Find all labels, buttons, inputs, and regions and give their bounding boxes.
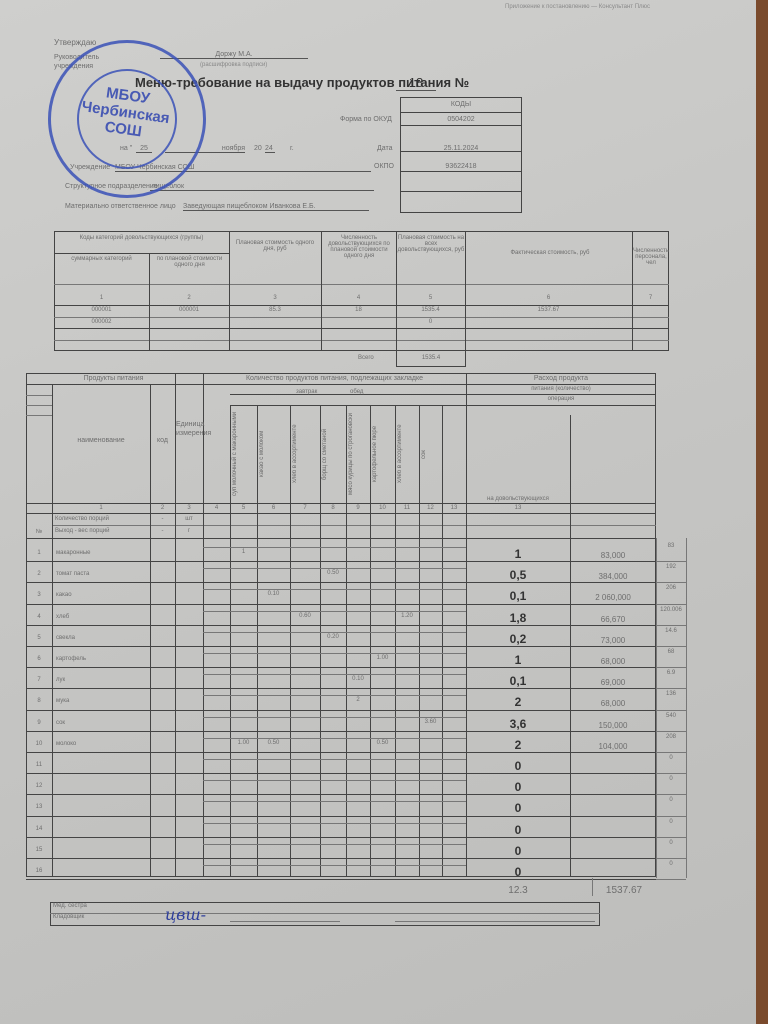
col-number: 12 bbox=[419, 505, 442, 511]
expense-header-2: питания (количество) bbox=[466, 386, 656, 392]
product-name: сок bbox=[56, 720, 65, 726]
total-qty: 0,5 bbox=[466, 568, 570, 582]
total-qty: 0 bbox=[466, 823, 570, 837]
document-number: 18 bbox=[396, 75, 436, 91]
cat-cell: 0 bbox=[396, 319, 465, 325]
cat-col-number: 5 bbox=[396, 295, 465, 301]
yield-label: Выход - вес порций bbox=[55, 528, 109, 534]
product-name: хлеб bbox=[56, 614, 69, 620]
unit-value: пищеблок bbox=[150, 183, 374, 191]
col-number: 10 bbox=[370, 505, 395, 511]
cat-cell: 18 bbox=[321, 307, 396, 313]
no-label: № bbox=[26, 529, 52, 535]
unit-price: 68,000 bbox=[570, 699, 656, 708]
col-number: 13 bbox=[442, 505, 466, 511]
total-qty: 3,6 bbox=[466, 717, 570, 731]
row-sum: 68 bbox=[656, 649, 686, 655]
grand-total-qty: 12.3 bbox=[466, 885, 570, 896]
unit-price: 73,000 bbox=[570, 636, 656, 645]
row-number: 10 bbox=[26, 741, 52, 747]
product-name: какао bbox=[56, 592, 72, 598]
date-year-prefix: 20 bbox=[254, 145, 262, 152]
portions-unit: шт bbox=[175, 516, 203, 522]
codes-label-date: Дата bbox=[377, 145, 393, 152]
total-qty: 0 bbox=[466, 780, 570, 794]
row-number: 3 bbox=[26, 592, 52, 598]
cat-col-2: по плановой стоимости одного дня bbox=[150, 256, 229, 268]
cat-col-number: 4 bbox=[321, 295, 396, 301]
cat-col-7: Численность персонала, чел bbox=[633, 248, 669, 266]
row-number: 2 bbox=[26, 571, 52, 577]
row-sum: 0 bbox=[656, 776, 686, 782]
dish-header bbox=[444, 409, 464, 499]
row-sum: 540 bbox=[656, 713, 686, 719]
head-name: Доржу М.А. bbox=[160, 51, 308, 59]
row-sum: 208 bbox=[656, 734, 686, 740]
cat-cell: 1535.4 bbox=[396, 307, 465, 313]
unit-price: 68,000 bbox=[570, 657, 656, 666]
dish-header: картофельное пюре bbox=[372, 409, 393, 499]
cat-cell: 1537.67 bbox=[465, 307, 632, 313]
cat-cell: 85.3 bbox=[229, 307, 321, 313]
row-number: 7 bbox=[26, 677, 52, 683]
total-qty: 0 bbox=[466, 801, 570, 815]
product-name: лук bbox=[56, 677, 65, 683]
date-suffix: г. bbox=[290, 145, 294, 152]
row-number: 1 bbox=[26, 550, 52, 556]
date-year: 24 bbox=[265, 145, 275, 153]
top-note: Приложение к постановлению — Консультант… bbox=[505, 4, 650, 10]
row-sum: 0 bbox=[656, 840, 686, 846]
row-sum: 136 bbox=[656, 691, 686, 697]
product-name: мука bbox=[56, 698, 69, 704]
row-number: 14 bbox=[26, 826, 52, 832]
cat-total-value: 1535.4 bbox=[396, 355, 466, 361]
row-number: 5 bbox=[26, 635, 52, 641]
row-number: 8 bbox=[26, 698, 52, 704]
quantity-cell: 1 bbox=[230, 549, 257, 555]
row-sum: 192 bbox=[656, 564, 686, 570]
cat-cell: 000001 bbox=[149, 307, 229, 313]
total-qty: 0 bbox=[466, 759, 570, 773]
quantity-cell: 0.10 bbox=[257, 591, 290, 597]
quantity-cell: 0.50 bbox=[370, 740, 395, 746]
quantity-cell: 0.10 bbox=[346, 676, 370, 682]
total-qty: 0,1 bbox=[466, 674, 570, 688]
col-number: 9 bbox=[346, 505, 370, 511]
dish-header: какао с молоком bbox=[259, 409, 288, 499]
total-qty: 1 bbox=[466, 547, 570, 561]
total-qty: 2 bbox=[466, 695, 570, 709]
cat-total-label: Всего bbox=[358, 355, 374, 361]
product-name: томат паста bbox=[56, 571, 89, 577]
row-number: 4 bbox=[26, 614, 52, 620]
portions-label: Количество порций bbox=[55, 516, 109, 522]
total-qty: 1 bbox=[466, 653, 570, 667]
row-sum: 0 bbox=[656, 755, 686, 761]
dish-header: сок bbox=[421, 409, 440, 499]
unit-price: 83,000 bbox=[570, 551, 656, 560]
nurse-label: Мед. сестра bbox=[53, 903, 87, 909]
cat-col-5: Плановая стоимость на всех довольствующи… bbox=[397, 235, 465, 253]
total-qty: 0,1 bbox=[466, 589, 570, 603]
quantity-cell: 1.00 bbox=[230, 740, 257, 746]
dish-header bbox=[468, 409, 568, 499]
col-number: 1 bbox=[52, 505, 150, 511]
codes-label-okpo: ОКПО bbox=[374, 163, 394, 170]
dish-header: борщ со сметаной bbox=[322, 409, 344, 499]
col-number: 4 bbox=[203, 505, 230, 511]
name-header: наименование bbox=[52, 437, 150, 444]
expense-header-1: Расход продукта bbox=[466, 375, 656, 382]
storekeeper-signature: цвш- bbox=[165, 905, 206, 924]
total-qty: 0 bbox=[466, 844, 570, 858]
cat-col-number: 6 bbox=[465, 295, 632, 301]
row-number: 11 bbox=[26, 762, 52, 768]
document-page: Приложение к постановлению — Консультант… bbox=[0, 0, 756, 1024]
cat-col-number: 2 bbox=[149, 295, 229, 301]
col-number: 7 bbox=[290, 505, 320, 511]
col-number: 5 bbox=[230, 505, 257, 511]
col-number: 11 bbox=[395, 505, 419, 511]
quantity-cell: 0.60 bbox=[290, 613, 320, 619]
meal-lunch: обед bbox=[350, 389, 363, 395]
responsible-value: Заведующая пищеблоком Иванкова Е.Б. bbox=[183, 203, 369, 211]
row-number: 12 bbox=[26, 783, 52, 789]
cat-col-6: Фактическая стоимость, руб bbox=[500, 250, 600, 256]
quantity-header: Количество продуктов питания, подлежащих… bbox=[203, 375, 466, 382]
product-name: макаронные bbox=[56, 550, 91, 556]
row-number: 9 bbox=[26, 720, 52, 726]
code-header: код bbox=[150, 437, 175, 444]
cat-cell: 000002 bbox=[54, 319, 149, 325]
cat-col-number: 3 bbox=[229, 295, 321, 301]
portions-code: - bbox=[150, 516, 175, 522]
unit-price: 384,000 bbox=[570, 572, 656, 581]
row-sum: 0 bbox=[656, 819, 686, 825]
cat-group-header: Коды категорий довольствующихся (группы) bbox=[54, 235, 229, 241]
unit-price: 66,670 bbox=[570, 615, 656, 624]
row-number: 15 bbox=[26, 847, 52, 853]
row-sum: 6.9 bbox=[656, 670, 686, 676]
quantity-cell: 0.50 bbox=[257, 740, 290, 746]
row-number: 6 bbox=[26, 656, 52, 662]
unit-price: 2 060,000 bbox=[570, 593, 656, 602]
cat-col-4: Численность довольствующихся по плановой… bbox=[322, 235, 396, 259]
row-sum: 0 bbox=[656, 797, 686, 803]
dish-header: суп молочный с макаронными bbox=[232, 409, 255, 499]
codes-header: КОДЫ bbox=[400, 101, 522, 108]
row-sum: 83 bbox=[656, 543, 686, 549]
codes-label-okud: Форма по ОКУД bbox=[340, 116, 392, 123]
col-number: 3 bbox=[175, 505, 203, 511]
cat-cell: 000001 bbox=[54, 307, 149, 313]
expense-header-3: операция bbox=[466, 396, 656, 402]
cat-col-3: Плановая стоимость одного дня, руб bbox=[235, 240, 315, 252]
unit-price: 104,000 bbox=[570, 742, 656, 751]
storekeeper-label: Кладовщик bbox=[53, 914, 84, 920]
unit-price: 69,000 bbox=[570, 678, 656, 687]
meal-breakfast: завтрак bbox=[296, 389, 317, 395]
grand-total-sum: 1537.67 bbox=[592, 885, 656, 896]
head-name-caption: (расшифровка подписи) bbox=[200, 62, 267, 68]
quantity-cell: 0.20 bbox=[320, 634, 346, 640]
total-qty: 2 bbox=[466, 738, 570, 752]
row-number: 13 bbox=[26, 804, 52, 810]
quantity-cell: 0.50 bbox=[320, 570, 346, 576]
yield-unit: г bbox=[175, 528, 203, 534]
row-sum: 0 bbox=[656, 861, 686, 867]
col-number: 8 bbox=[320, 505, 346, 511]
col-number: 13 bbox=[466, 505, 570, 511]
row-number: 16 bbox=[26, 868, 52, 874]
unit-price: 150,000 bbox=[570, 721, 656, 730]
col-number: 2 bbox=[150, 505, 175, 511]
row-sum: 14.6 bbox=[656, 628, 686, 634]
quantity-cell: 1.20 bbox=[395, 613, 419, 619]
col-number: 6 bbox=[257, 505, 290, 511]
cat-col-number: 7 bbox=[632, 295, 669, 301]
codes-value-okud: 0504202 bbox=[400, 116, 522, 123]
yield-code: - bbox=[150, 528, 175, 534]
product-name: свекла bbox=[56, 635, 75, 641]
total-qty: 1,8 bbox=[466, 611, 570, 625]
quantity-cell: 1.00 bbox=[370, 655, 395, 661]
unit-header: Единица измерения bbox=[176, 420, 202, 438]
cat-col-1: суммарных категорий bbox=[54, 256, 149, 262]
approve-label: Утверждаю bbox=[54, 38, 96, 47]
products-header: Продукты питания bbox=[52, 375, 175, 382]
product-name: картофель bbox=[56, 656, 86, 662]
total-qty: 0 bbox=[466, 865, 570, 879]
dish-header: хлеб в ассортименте bbox=[397, 409, 417, 499]
codes-value-date: 25.11.2024 bbox=[400, 145, 522, 152]
quantity-cell: 3.60 bbox=[419, 719, 442, 725]
dish-header: мясо курицы по строгановски bbox=[348, 409, 368, 499]
cat-col-number: 1 bbox=[54, 295, 149, 301]
dish-header: хлеб в ассортименте bbox=[292, 409, 318, 499]
row-sum: 206 bbox=[656, 585, 686, 591]
responsible-label: Материально ответственное лицо bbox=[65, 203, 176, 210]
product-name: молоко bbox=[56, 741, 76, 747]
quantity-cell: 2 bbox=[346, 697, 370, 703]
total-qty: 0,2 bbox=[466, 632, 570, 646]
codes-value-okpo: 93622418 bbox=[400, 163, 522, 170]
row-sum: 120.006 bbox=[656, 607, 686, 613]
